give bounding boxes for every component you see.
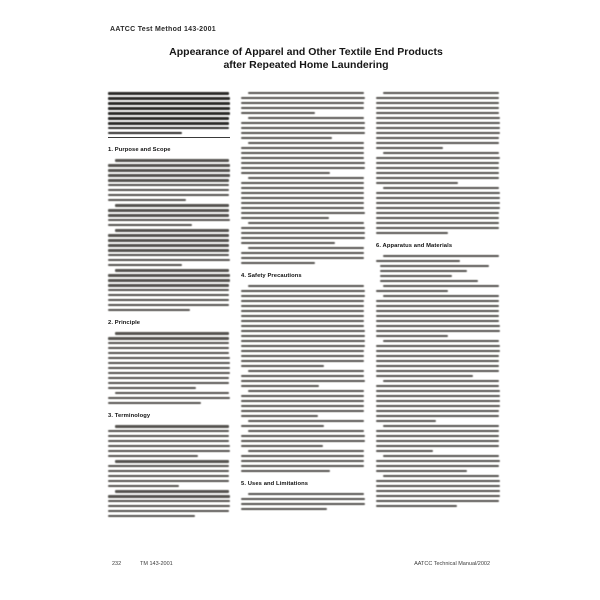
text-line (108, 352, 229, 354)
text-line (383, 285, 499, 287)
paragraph-blurred (108, 425, 230, 457)
text-line (108, 102, 230, 105)
footer-method-code: TM 143-2001 (140, 561, 173, 567)
text-line (241, 465, 364, 467)
text-line (241, 508, 327, 510)
paragraph-blurred (108, 229, 230, 266)
text-line (108, 440, 229, 442)
text-line (108, 294, 229, 296)
text-line (376, 290, 448, 292)
paragraph-blurred (108, 490, 230, 517)
text-line (108, 179, 229, 181)
text-line (376, 182, 458, 184)
text-line (376, 127, 500, 129)
text-line (376, 345, 500, 347)
section-heading: 6. Apparatus and Materials (376, 243, 500, 250)
text-line (241, 335, 365, 337)
text-line (376, 410, 499, 412)
text-line (248, 420, 364, 422)
text-line (376, 505, 457, 507)
text-line (241, 425, 324, 427)
text-line (108, 199, 186, 201)
text-line (248, 430, 364, 432)
text-line (376, 330, 500, 332)
text-line (108, 214, 229, 216)
text-line (108, 510, 229, 512)
paragraph-blurred (241, 370, 365, 387)
text-line (115, 392, 229, 394)
text-line (383, 455, 499, 457)
text-line (380, 270, 467, 272)
text-line (376, 360, 499, 362)
text-line (108, 289, 229, 291)
text-line (376, 430, 499, 432)
text-line (376, 355, 499, 357)
text-line (241, 340, 365, 342)
text-line (241, 227, 365, 229)
text-line (108, 430, 229, 432)
paragraph-blurred (241, 117, 365, 139)
text-line (376, 310, 499, 312)
text-line (241, 355, 364, 357)
text-line (241, 325, 364, 327)
text-line (376, 420, 436, 422)
text-line (241, 435, 365, 437)
text-line (248, 92, 364, 94)
text-line (376, 142, 499, 144)
text-line (108, 209, 229, 211)
text-line (376, 470, 467, 472)
text-line (115, 159, 229, 161)
text-line (108, 304, 229, 306)
text-line (115, 460, 229, 462)
text-line (108, 495, 230, 497)
paragraph-blurred (108, 159, 230, 201)
text-line (376, 192, 500, 194)
text-line (376, 117, 500, 119)
section-heading: 1. Purpose and Scope (108, 147, 230, 154)
text-line (376, 260, 460, 262)
paragraph-blurred (376, 295, 500, 337)
text-line (376, 400, 500, 402)
paragraph-blurred (241, 493, 365, 510)
text-line (241, 375, 364, 377)
text-line (383, 340, 499, 342)
text-line (108, 279, 230, 281)
text-line (376, 212, 499, 214)
text-line (108, 357, 230, 359)
text-line (108, 475, 229, 477)
paragraph-blurred (108, 392, 230, 404)
text-line (383, 425, 499, 427)
text-line (241, 107, 364, 109)
text-line (376, 385, 499, 387)
text-line (108, 337, 229, 339)
text-line (241, 127, 365, 129)
text-line (376, 500, 499, 502)
text-line (376, 335, 448, 337)
text-line (248, 177, 364, 179)
text-line (241, 167, 365, 169)
paragraph-blurred (241, 430, 365, 447)
text-line (241, 498, 365, 500)
text-line (241, 455, 364, 457)
paragraph-blurred (241, 450, 365, 472)
text-line (248, 370, 364, 372)
text-line (241, 315, 364, 317)
text-line (248, 285, 364, 287)
text-line (383, 295, 499, 297)
text-line (376, 495, 500, 497)
section-heading: 4. Safety Precautions (241, 273, 365, 280)
text-line (108, 299, 229, 301)
text-line (376, 157, 500, 159)
text-line (241, 182, 364, 184)
section-heading: 5. Uses and Limitations (241, 481, 365, 488)
text-line (108, 189, 229, 191)
text-line (376, 490, 500, 492)
text-line (376, 167, 499, 169)
text-line (248, 247, 364, 249)
section-heading: 3. Terminology (108, 413, 230, 420)
text-line (108, 372, 230, 374)
list-block-blurred (376, 265, 500, 282)
text-line (115, 269, 229, 271)
text-line (108, 505, 230, 507)
page-content: AATCC Test Method 143-2001 Appearance of… (108, 0, 504, 600)
text-line (241, 385, 319, 387)
text-line (376, 107, 499, 109)
text-line (108, 445, 230, 447)
text-line (241, 415, 318, 417)
text-line (376, 450, 433, 452)
text-column-3: 6. Apparatus and Materials (376, 92, 500, 520)
text-line (241, 310, 364, 312)
text-line (108, 249, 229, 251)
text-line (108, 347, 229, 349)
text-line (241, 410, 364, 412)
text-line (108, 485, 179, 487)
paragraph-blurred (241, 222, 365, 244)
text-line (241, 395, 364, 397)
text-line (376, 217, 499, 219)
document-header: AATCC Test Method 143-2001 (110, 26, 216, 33)
text-line (108, 397, 230, 399)
paragraph-blurred (376, 187, 500, 234)
text-line (248, 450, 364, 452)
text-line (376, 112, 499, 114)
text-line (241, 460, 364, 462)
paragraph-blurred (376, 380, 500, 422)
text-line (248, 493, 364, 495)
text-line (241, 232, 365, 234)
text-line (241, 97, 365, 99)
text-line (380, 265, 489, 267)
text-line (376, 325, 500, 327)
text-line (115, 490, 229, 492)
text-line (241, 212, 365, 214)
text-line (108, 274, 230, 276)
text-line (376, 390, 500, 392)
text-line (115, 204, 229, 206)
text-line (108, 284, 229, 286)
text-line (376, 350, 500, 352)
title-line-1: Appearance of Apparel and Other Textile … (108, 46, 504, 59)
text-line (241, 305, 364, 307)
text-line (108, 367, 230, 369)
text-line (248, 117, 364, 119)
text-line (376, 137, 499, 139)
text-line (383, 475, 499, 477)
text-line (241, 202, 364, 204)
text-line (241, 400, 364, 402)
text-line (376, 97, 499, 99)
text-line (108, 402, 201, 404)
paragraph-blurred (241, 247, 365, 264)
text-line (241, 330, 365, 332)
text-line (383, 255, 499, 257)
text-line (108, 470, 229, 472)
text-line (248, 222, 364, 224)
text-line (241, 112, 315, 114)
text-line (376, 102, 499, 104)
text-line (108, 259, 230, 261)
text-line (241, 345, 365, 347)
text-line (108, 174, 230, 176)
text-line (376, 232, 448, 234)
text-line (376, 315, 499, 317)
text-line (115, 425, 229, 427)
text-line (241, 217, 329, 219)
text-line (241, 187, 364, 189)
text-line (241, 380, 365, 382)
text-line (376, 485, 500, 487)
text-line (241, 132, 365, 134)
footer-manual-name: AATCC Technical Manual/2002 (414, 561, 490, 567)
paragraph-blurred (376, 475, 500, 507)
text-line (376, 305, 499, 307)
paragraph-blurred (108, 204, 230, 226)
text-line (376, 177, 499, 179)
text-line (241, 192, 364, 194)
paragraph-blurred (241, 142, 365, 174)
text-line (241, 162, 365, 164)
paragraph-blurred (376, 340, 500, 377)
text-line (241, 257, 364, 259)
text-column-2: 4. Safety Precautions5. Uses and Limitat… (241, 92, 365, 520)
text-line (108, 164, 230, 166)
text-line (241, 470, 330, 472)
text-line (108, 112, 230, 115)
text-line (376, 222, 499, 224)
text-line (376, 460, 500, 462)
paragraph-blurred (241, 285, 365, 367)
text-line (241, 137, 332, 139)
footer-page-number: 232 (112, 561, 121, 567)
paragraph-blurred (108, 460, 230, 487)
text-line (241, 207, 364, 209)
text-line (376, 197, 500, 199)
text-line (108, 387, 196, 389)
text-line (108, 234, 229, 236)
text-line (241, 197, 364, 199)
text-line (376, 132, 500, 134)
text-line (376, 320, 499, 322)
text-line (376, 375, 473, 377)
text-line (108, 377, 229, 379)
text-line (108, 450, 230, 452)
text-line (376, 480, 500, 482)
text-line (241, 405, 364, 407)
text-line (108, 455, 198, 457)
text-line (241, 445, 323, 447)
text-line (376, 435, 499, 437)
text-line (108, 107, 230, 110)
text-line (241, 262, 315, 264)
text-line (108, 92, 229, 95)
text-line (108, 500, 230, 502)
text-columns: 1. Purpose and Scope2. Principle3. Termi… (108, 92, 500, 520)
text-line (376, 365, 499, 367)
text-line (383, 380, 499, 382)
text-line (248, 142, 364, 144)
text-line (108, 362, 230, 364)
text-line (376, 162, 499, 164)
text-line (376, 227, 499, 229)
text-line (376, 172, 499, 174)
document-title: Appearance of Apparel and Other Textile … (108, 46, 504, 71)
page-footer: 232 TM 143-2001 AATCC Technical Manual/2… (108, 561, 504, 571)
text-line (376, 465, 499, 467)
paragraph-blurred (376, 455, 500, 472)
text-line (241, 152, 364, 154)
text-line (241, 350, 364, 352)
text-line (376, 300, 499, 302)
text-line (241, 300, 364, 302)
text-line (376, 207, 500, 209)
text-line (376, 440, 499, 442)
text-line (376, 445, 499, 447)
text-line (241, 157, 364, 159)
text-line (241, 320, 364, 322)
paragraph-blurred (376, 152, 500, 184)
text-line (108, 382, 229, 384)
text-line (108, 219, 230, 221)
text-line (376, 405, 500, 407)
intro-paragraph-blurred (108, 92, 230, 134)
text-line (108, 342, 229, 344)
text-line (108, 127, 229, 130)
paragraph-blurred (241, 420, 365, 427)
paragraph-blurred (376, 285, 500, 292)
text-line (108, 244, 229, 246)
text-line (108, 264, 182, 266)
paragraph-blurred (241, 177, 365, 219)
paragraph-blurred (376, 92, 500, 149)
text-line (241, 147, 364, 149)
text-column-1: 1. Purpose and Scope2. Principle3. Termi… (108, 92, 230, 520)
text-line (383, 187, 499, 189)
text-line (108, 184, 229, 186)
paragraph-blurred (108, 332, 230, 389)
text-line (241, 237, 365, 239)
text-line (380, 275, 452, 277)
text-line (108, 117, 229, 120)
title-line-2: after Repeated Home Laundering (108, 59, 504, 72)
text-line (108, 132, 182, 135)
text-line (108, 97, 230, 100)
text-line (108, 122, 229, 125)
text-line (108, 169, 230, 171)
text-line (248, 390, 364, 392)
text-line (108, 194, 229, 196)
text-line (108, 480, 229, 482)
text-line (108, 254, 229, 256)
scanned-page: AATCC Test Method 143-2001 Appearance of… (0, 0, 600, 600)
text-line (241, 102, 364, 104)
horizontal-rule (108, 137, 230, 138)
text-line (241, 242, 335, 244)
text-line (241, 252, 364, 254)
text-line (241, 122, 365, 124)
text-line (241, 360, 364, 362)
text-line (376, 147, 443, 149)
text-line (115, 229, 229, 231)
text-line (108, 239, 229, 241)
paragraph-blurred (376, 425, 500, 452)
text-line (115, 332, 229, 334)
text-line (241, 440, 365, 442)
text-line (241, 365, 324, 367)
text-line (376, 122, 500, 124)
paragraph-blurred (241, 92, 365, 114)
paragraph-blurred (108, 269, 230, 311)
text-line (241, 172, 330, 174)
text-line (376, 395, 500, 397)
paragraph-blurred (241, 390, 365, 417)
text-line (108, 465, 229, 467)
section-heading: 2. Principle (108, 320, 230, 327)
text-line (241, 290, 365, 292)
text-line (376, 415, 499, 417)
text-line (376, 370, 499, 372)
text-line (383, 92, 499, 94)
text-line (383, 152, 499, 154)
text-line (108, 309, 190, 311)
text-line (241, 503, 365, 505)
paragraph-blurred (376, 255, 500, 262)
text-line (241, 295, 365, 297)
text-line (108, 435, 229, 437)
text-line (108, 224, 192, 226)
text-line (108, 515, 195, 517)
text-line (380, 280, 478, 282)
text-line (376, 202, 500, 204)
